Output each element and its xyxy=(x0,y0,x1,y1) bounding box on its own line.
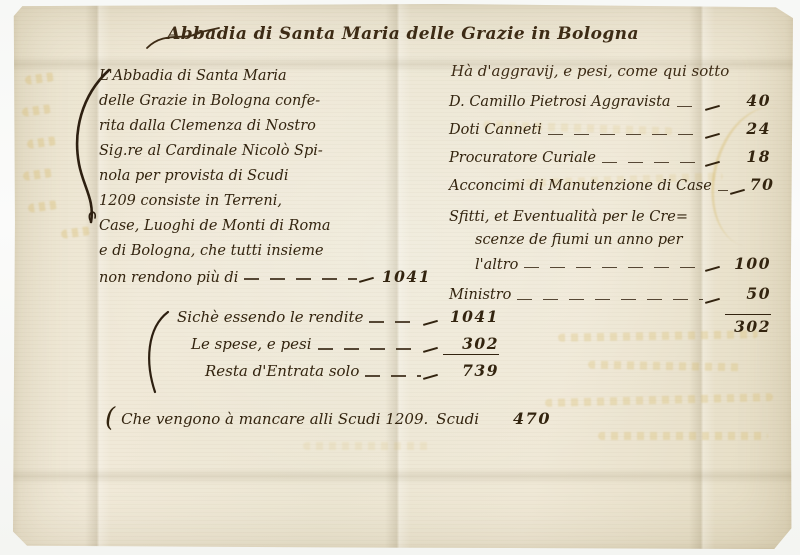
deficit-value: 470 xyxy=(513,409,551,428)
dash-leader xyxy=(318,341,437,354)
dash-leader xyxy=(369,314,437,327)
summary-row: Sichè essendo le rendite 1041 xyxy=(177,307,499,334)
bleedthrough-script xyxy=(588,361,743,372)
expense-label-line: scenze de fiumi un anno per xyxy=(475,229,771,252)
bleedthrough-mark xyxy=(28,200,59,213)
dash-leader xyxy=(548,127,719,140)
rendite-line: non rendono più di 1041 xyxy=(99,264,431,291)
expense-row: l'altro 100 xyxy=(475,252,771,280)
expense-label: Acconcimi di Manutenzione di Case xyxy=(449,178,712,194)
dash-leader xyxy=(602,155,719,168)
expense-label: D. Camillo Pietrosi Aggravista xyxy=(449,94,671,110)
manuscript-page: Abbadia di Santa Maria delle Grazie in B… xyxy=(13,4,793,549)
summary-value: 302 xyxy=(443,334,499,355)
dash-leader xyxy=(517,292,719,305)
bleedthrough-script xyxy=(598,432,768,440)
expenses-total-value: 302 xyxy=(725,314,771,336)
summary-row: Resta d'Entrata solo 739 xyxy=(177,361,499,388)
opening-paragraph: L'Abbadia di Santa Maria delle Grazie in… xyxy=(99,64,399,291)
bleedthrough-mark xyxy=(22,104,53,117)
expense-value: 24 xyxy=(725,119,771,138)
expense-value: 40 xyxy=(725,91,771,110)
summary-value: 739 xyxy=(443,361,499,380)
rendite-value: 1041 xyxy=(379,264,431,289)
expense-label: Ministro xyxy=(449,287,511,303)
paragraph-line: Sig.re al Cardinale Nicolò Spi- xyxy=(99,139,399,164)
paragraph-line: L'Abbadia di Santa Maria xyxy=(99,64,399,89)
expense-row-multiline: Sfitti, et Eventualità per le Cre= scenz… xyxy=(449,206,771,280)
dash-leader xyxy=(718,183,744,196)
bleedthrough-mark xyxy=(23,168,54,181)
footer-brace: ( xyxy=(105,403,115,433)
summary-value: 1041 xyxy=(443,307,499,326)
paragraph-line: delle Grazie in Bologna confe- xyxy=(99,89,399,114)
expense-label-line: l'altro xyxy=(475,254,518,277)
summary-label: Resta d'Entrata solo xyxy=(205,362,359,380)
expense-row: Doti Canneti 24 xyxy=(449,119,771,147)
paragraph-line: rita dalla Clemenza di Nostro xyxy=(99,114,399,139)
summary-row: Le spese, e pesi 302 xyxy=(177,334,499,361)
expense-value: 18 xyxy=(725,147,771,166)
expense-row: D. Camillo Pietrosi Aggravista 40 xyxy=(449,91,771,119)
bleedthrough-mark xyxy=(25,72,56,85)
dash-leader xyxy=(365,368,437,381)
expenses-header: Hà d'aggravij, e pesi, come qui sotto xyxy=(451,62,771,80)
expense-row: Procuratore Curiale 18 xyxy=(449,147,771,175)
dash-leader xyxy=(244,271,373,284)
summary-label: Sichè essendo le rendite xyxy=(177,308,363,326)
page-title: Abbadia di Santa Maria delle Grazie in B… xyxy=(13,24,793,44)
dash-leader xyxy=(677,99,719,112)
deficit-line: ( Che vengono à mancare alli Scudi 1209.… xyxy=(105,401,585,431)
rendite-label: non rendono più di xyxy=(99,266,238,291)
expense-value: 50 xyxy=(725,284,771,303)
fold-crease-bottom xyxy=(13,468,793,484)
paragraph-line: 1209 consiste in Terreni, xyxy=(99,189,399,214)
bleedthrough-script xyxy=(303,442,433,450)
summary-label: Le spese, e pesi xyxy=(191,335,312,353)
bleedthrough-mark xyxy=(27,136,58,149)
dash-leader xyxy=(524,260,719,273)
paragraph-line: Case, Luoghi de Monti di Roma xyxy=(99,214,399,239)
expense-value: 70 xyxy=(750,175,775,194)
deficit-label: Che vengono à mancare alli Scudi 1209. xyxy=(121,410,428,428)
expense-label: Procuratore Curiale xyxy=(449,150,596,166)
summary-brace xyxy=(141,310,171,394)
expenses-section: Hà d'aggravij, e pesi, come qui sotto D.… xyxy=(449,62,771,336)
expense-label-line: Sfitti, et Eventualità per le Cre= xyxy=(449,206,771,229)
deficit-unit: Scudi xyxy=(436,410,479,428)
expense-label: Doti Canneti xyxy=(449,122,542,138)
paragraph-line: e di Bologna, che tutti insieme xyxy=(99,239,399,264)
summary-section: Sichè essendo le rendite 1041 Le spese, … xyxy=(177,307,499,388)
paragraph-line: nola per provista di Scudi xyxy=(99,164,399,189)
expense-value: 100 xyxy=(725,252,771,275)
expense-row: Acconcimi di Manutenzione di Case 70 xyxy=(449,175,771,203)
